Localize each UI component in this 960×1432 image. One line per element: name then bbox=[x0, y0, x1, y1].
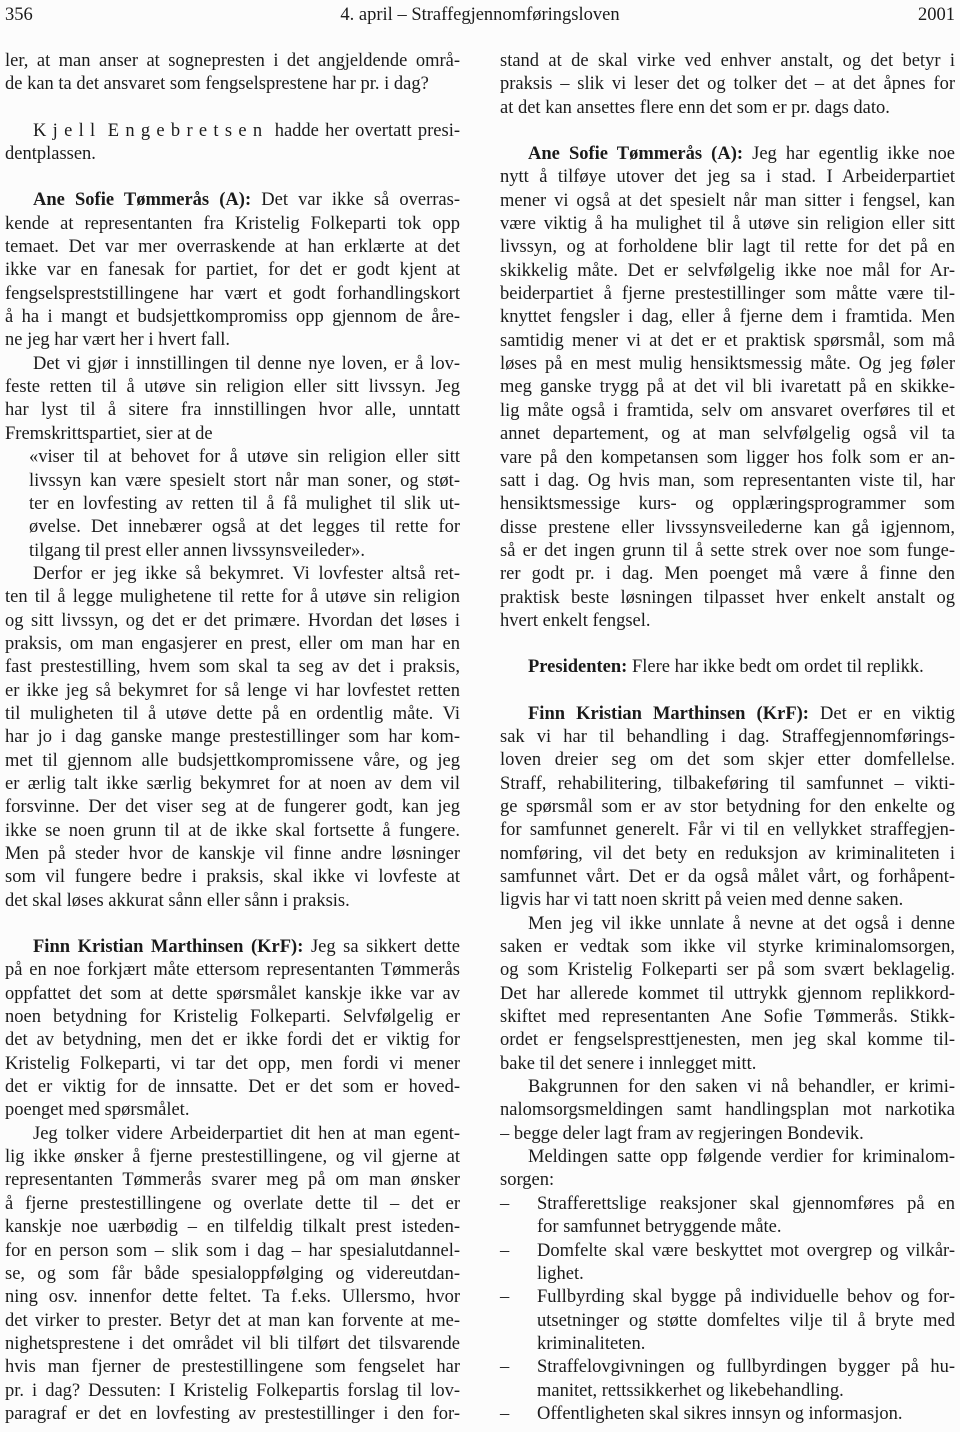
text-line: representanten Tømmerås svarer meg på om… bbox=[5, 1169, 460, 1192]
paragraph: Jeg tolker videre Arbeiderpartiet dit he… bbox=[5, 1123, 460, 1426]
text-line: det virker to prester. Betyr det at man … bbox=[5, 1310, 460, 1333]
text-line: Bakgrunnen for den saken vi nå behandler… bbox=[500, 1076, 955, 1099]
text-line: har jo i dag ganske mange prestestilling… bbox=[5, 726, 460, 749]
text-line: Finn Kristian Marthinsen (KrF): Det er e… bbox=[500, 703, 955, 726]
text-line: tilgang til prest eller annen livssynsve… bbox=[29, 540, 460, 563]
text-line: å ha i mangt et budsjettkompromiss opp g… bbox=[5, 306, 460, 329]
text-line: kende at representanten fra Kristelig Fo… bbox=[5, 213, 460, 236]
text-line: og sitt livssyn, og det er det primære. … bbox=[5, 610, 460, 633]
text-line: dentplassen. bbox=[5, 143, 460, 166]
speech-block: Ane Sofie Tømmerås (A): Jeg har egentlig… bbox=[500, 143, 955, 633]
text-line: – begge deler lagt fram av regjeringen B… bbox=[500, 1123, 955, 1146]
text-line: fengselspreststillingene har vært et god… bbox=[5, 283, 460, 306]
text-line: Straffelovgivningen og fullbyrdingen byg… bbox=[537, 1356, 955, 1379]
text-line: ligvis har vi tatt noen skritt på veien … bbox=[500, 889, 955, 912]
text-line: sorgen: bbox=[500, 1169, 955, 1192]
text-line: det skal løses akkurat sånn eller sånn i… bbox=[5, 890, 460, 913]
speaker-name: Presidenten: bbox=[528, 657, 627, 677]
text-line: nomføring, vil det bety en reduksjon av … bbox=[500, 843, 955, 866]
text-line: Jeg tolker videre Arbeiderpartiet dit he… bbox=[5, 1123, 460, 1146]
text-line: er ikke jeg så bekymret for så lenge vi … bbox=[5, 680, 460, 703]
dash-marker: – bbox=[500, 1403, 537, 1426]
text-line: vare på den kompetansen som ligger hos f… bbox=[500, 447, 955, 470]
list-item-text: Strafferettslige reaksjoner skal gjennom… bbox=[537, 1193, 955, 1240]
text-line: nalomsorgsmeldingen samt handlingsplan m… bbox=[500, 1099, 955, 1122]
text-line: at det kan ansettes flere enn det som er… bbox=[500, 97, 955, 120]
text-line: skikkelig måte. Det er selvfølgelig ikke… bbox=[500, 260, 955, 283]
text-line: ne jeg har vært her i hvert fall. bbox=[5, 329, 460, 352]
text-line: Finn Kristian Marthinsen (KrF): Jeg sa s… bbox=[5, 936, 460, 959]
text-line: Fullbyrding skal bygge på individuelle b… bbox=[537, 1286, 955, 1309]
text-line: til muligheten til å utøve dette på en o… bbox=[5, 703, 460, 726]
text-line: feste retten til å utøve sin religion el… bbox=[5, 376, 460, 399]
paragraph: Men jeg vil ikke unnlate å nevne at det … bbox=[500, 913, 955, 1076]
dash-marker: – bbox=[500, 1240, 537, 1287]
text-line: nighetsprestene i det området vil bli ti… bbox=[5, 1333, 460, 1356]
text-line: hvert enkelt fengsel. bbox=[500, 610, 955, 633]
text-line: Kristelig Folkeparti, vi tar det opp, me… bbox=[5, 1053, 460, 1076]
text-line: noen betydning for Kristelig Folkeparti.… bbox=[5, 1006, 460, 1029]
stage-direction: K j e l l E n g e b r e t s e n hadde he… bbox=[5, 120, 460, 167]
values-list: –Strafferettslige reaksjoner skal gjenno… bbox=[500, 1193, 955, 1426]
text-line: være viktig å ha mulighet til å utøve si… bbox=[500, 213, 955, 236]
list-item: –Straffelovgivningen og fullbyrdingen by… bbox=[500, 1356, 955, 1403]
text-line: nytt å tilføye utover det jeg sa i stad.… bbox=[500, 166, 955, 189]
text-line: ikke se noen grunn til at de ikke skal f… bbox=[5, 820, 460, 843]
speaker-name: Ane Sofie Tømmerås (A): bbox=[528, 144, 743, 164]
text-line: har lyst til å sitere fra innstillingen … bbox=[5, 399, 460, 422]
text-line: fast prestestilling, hvem som skal ta se… bbox=[5, 656, 460, 679]
text-line: Meldingen satte opp følgende verdier for… bbox=[500, 1146, 955, 1169]
text-line: løses på en mest mulig hensiktsmessig må… bbox=[500, 353, 955, 376]
speaker-name: Ane Sofie Tømmerås (A): bbox=[33, 190, 251, 210]
right-column: stand at de skal virke ved enhver anstal… bbox=[500, 50, 955, 1426]
text-line: ten til å legge mulighetene til rette fo… bbox=[5, 586, 460, 609]
text-line: skiftet med representanten Ane Sofie Tøm… bbox=[500, 1006, 955, 1029]
text-line: Offentligheten skal sikres innsyn og inf… bbox=[537, 1403, 955, 1426]
dash-marker: – bbox=[500, 1356, 537, 1403]
text-line: meg ganske trygg på at det vil bli ivare… bbox=[500, 376, 955, 399]
text-line: poenget med spørsmålet. bbox=[5, 1099, 460, 1122]
text-line: Straff, rehabilitering, tilbakeføring ti… bbox=[500, 773, 955, 796]
text-line: kriminaliteten. bbox=[537, 1333, 955, 1356]
text-line: Men på steder hvor de kanskje vil finne … bbox=[5, 843, 460, 866]
text-line: praksis, om man engasjerer en prest, ell… bbox=[5, 633, 460, 656]
document-page: 356 4. april – Straffegjennomføringslove… bbox=[0, 0, 960, 1432]
text-line: er ærlig talt ikke særlig bekymret for a… bbox=[5, 773, 460, 796]
speech-block: Finn Kristian Marthinsen (KrF): Det er e… bbox=[500, 703, 955, 913]
list-item: –Offentligheten skal sikres innsyn og in… bbox=[500, 1403, 955, 1426]
text-line: se, og som får både spesialoppfølging og… bbox=[5, 1263, 460, 1286]
text-line: øvelse. Det innebærer også at det legges… bbox=[29, 516, 460, 539]
text-line: Fremskrittspartiet, sier at de bbox=[5, 423, 460, 446]
paragraph: Meldingen satte opp følgende verdier for… bbox=[500, 1146, 955, 1193]
text-line: praksis – slik vi leser det og tolker de… bbox=[500, 73, 955, 96]
text-line: temaet. Det var mer overraskende at han … bbox=[5, 236, 460, 259]
text-line: hensiktsmessige kurs- og opplæringsprogr… bbox=[500, 493, 955, 516]
text-line: Ane Sofie Tømmerås (A): Jeg har egentlig… bbox=[500, 143, 955, 166]
text-line: det av betydning, men det er ikke fordi … bbox=[5, 1029, 460, 1052]
text-line: sak vi har til behandling i dag. Straffe… bbox=[500, 726, 955, 749]
text-line: stand at de skal virke ved enhver anstal… bbox=[500, 50, 955, 73]
text-line: utsetninger og støtte domfeltes vilje ti… bbox=[537, 1310, 955, 1333]
text-line: ter en lovfesting av retten til å få mul… bbox=[29, 493, 460, 516]
text-line: livssyn, og at forholdene blir lagt til … bbox=[500, 236, 955, 259]
text-line: for samfunnet betryggende måte. bbox=[537, 1216, 955, 1239]
text-line: det er viktig for de innsatte. Det er de… bbox=[5, 1076, 460, 1099]
text-line: lig måte også i framtida, selv om ansvar… bbox=[500, 400, 955, 423]
text-line: Det har allerede kommet til uttrykk gjen… bbox=[500, 983, 955, 1006]
text-line: oppfattet det som at dette spørsmålet ka… bbox=[5, 983, 460, 1006]
paragraph: stand at de skal virke ved enhver anstal… bbox=[500, 50, 955, 120]
text-line: K j e l l E n g e b r e t s e n hadde he… bbox=[5, 120, 460, 143]
text-line: rer godt pr. i dag. Men poenget må være … bbox=[500, 563, 955, 586]
text-line: som vil fungere bedre i praksis, skal ik… bbox=[5, 866, 460, 889]
text-line: ikke var en fanesak for partiet, for det… bbox=[5, 259, 460, 282]
text-line: lig ikke ønsker å fjerne prestestillinge… bbox=[5, 1146, 460, 1169]
dash-marker: – bbox=[500, 1193, 537, 1240]
text-line: samfunnet vårt. Det er da også målet vår… bbox=[500, 866, 955, 889]
text-line: for samfunnet generelt. Får vi til en ve… bbox=[500, 819, 955, 842]
header-year: 2001 bbox=[918, 4, 955, 26]
text-line: livssyn kan være spesielt stort når man … bbox=[29, 470, 460, 493]
text-line: Det vi gjør i innstillingen til denne ny… bbox=[5, 353, 460, 376]
header-title: 4. april – Straffegjennomføringsloven bbox=[0, 4, 960, 26]
text-line: Men jeg vil ikke unnlate å nevne at det … bbox=[500, 913, 955, 936]
list-item: –Fullbyrding skal bygge på individuelle … bbox=[500, 1286, 955, 1356]
text-line: lighet. bbox=[537, 1263, 955, 1286]
quote-block: «viser til at behovet for å utøve sin re… bbox=[5, 446, 460, 563]
list-item-text: Straffelovgivningen og fullbyrdingen byg… bbox=[537, 1356, 955, 1403]
text-line: hvis man fjerner de prestestillingene so… bbox=[5, 1356, 460, 1379]
text-line: de kan ta det ansvaret som fengselsprest… bbox=[5, 73, 460, 96]
text-line: og som Kristelig Folkeparti ser på som s… bbox=[500, 959, 955, 982]
page-header: 356 4. april – Straffegjennomføringslove… bbox=[0, 0, 960, 28]
text-line: bake til det senere i innlegget mitt. bbox=[500, 1053, 955, 1076]
text-line: forsvinne. Der det viser seg at de funge… bbox=[5, 796, 460, 819]
text-line: loven dreier seg om det som skjer etter … bbox=[500, 749, 955, 772]
text-line: så er det ingen grunn til å sette strek … bbox=[500, 540, 955, 563]
text-line: å fjerne prestestillingene og overlate d… bbox=[5, 1193, 460, 1216]
text-line: ler, at man anser at sognepresten i det … bbox=[5, 50, 460, 73]
text-line: for en person som – slik som i dag – har… bbox=[5, 1240, 460, 1263]
text-columns: ler, at man anser at sognepresten i det … bbox=[5, 50, 955, 1426]
text-line: ordet er fengselspresttjenesten, men jeg… bbox=[500, 1029, 955, 1052]
text-line: satt i dag. Og hvis man, som representan… bbox=[500, 470, 955, 493]
list-item-text: Offentligheten skal sikres innsyn og inf… bbox=[537, 1403, 955, 1426]
left-column: ler, at man anser at sognepresten i det … bbox=[5, 50, 460, 1426]
paragraph: Det vi gjør i innstillingen til denne ny… bbox=[5, 353, 460, 446]
list-item: –Strafferettslige reaksjoner skal gjenno… bbox=[500, 1193, 955, 1240]
text-line: Strafferettslige reaksjoner skal gjennom… bbox=[537, 1193, 955, 1216]
list-item-text: Fullbyrding skal bygge på individuelle b… bbox=[537, 1286, 955, 1356]
text-line: paragraf er det en lovfesting av prestes… bbox=[5, 1403, 460, 1426]
text-line: Domfelte skal være beskyttet mot overgre… bbox=[537, 1240, 955, 1263]
speech-block: Finn Kristian Marthinsen (KrF): Jeg sa s… bbox=[5, 936, 460, 1123]
list-item-text: Domfelte skal være beskyttet mot overgre… bbox=[537, 1240, 955, 1287]
text-line: disse prestene eller livssynsveilederne … bbox=[500, 517, 955, 540]
text-line: ge spørsmål som er av stor betydning for… bbox=[500, 796, 955, 819]
text-line: ning osv. innenfor dette feltet. Ta f.ek… bbox=[5, 1286, 460, 1309]
speech-block: Ane Sofie Tømmerås (A): Det var ikke så … bbox=[5, 189, 460, 352]
dash-marker: – bbox=[500, 1286, 537, 1356]
text-line: praktisk beste løsningen tilpasset hver … bbox=[500, 587, 955, 610]
text-line: mener vi også at det spesielt når man si… bbox=[500, 190, 955, 213]
text-line: pr. i dag? Dessuten: I Kristelig Folkepa… bbox=[5, 1380, 460, 1403]
text-line: knyttet fengsler i dag, eller å fjerne d… bbox=[500, 306, 955, 329]
text-line: samtidig mener vi at det er et praktisk … bbox=[500, 330, 955, 353]
text-line: «viser til at behovet for å utøve sin re… bbox=[29, 446, 460, 469]
list-item: –Domfelte skal være beskyttet mot overgr… bbox=[500, 1240, 955, 1287]
text-line: beiderpartiet å fjerne prestestillinger … bbox=[500, 283, 955, 306]
speech-block: Presidenten: Flere har ikke bedt om orde… bbox=[500, 656, 955, 679]
paragraph: Bakgrunnen for den saken vi nå behandler… bbox=[500, 1076, 955, 1146]
speaker-name: Finn Kristian Marthinsen (KrF): bbox=[528, 704, 809, 724]
text-line: Derfor er jeg ikke så bekymret. Vi lovfe… bbox=[5, 563, 460, 586]
text-line: Presidenten: Flere har ikke bedt om orde… bbox=[500, 656, 955, 679]
paragraph: ler, at man anser at sognepresten i det … bbox=[5, 50, 460, 97]
text-line: annet departement, og at man selvfølgeli… bbox=[500, 423, 955, 446]
text-line: Ane Sofie Tømmerås (A): Det var ikke så … bbox=[5, 189, 460, 212]
text-line: saken er vedtak som ikke vil styrke krim… bbox=[500, 936, 955, 959]
text-line: kanskje noe uærbødig – en tilfeldig tilk… bbox=[5, 1216, 460, 1239]
speaker-name: Finn Kristian Marthinsen (KrF): bbox=[33, 937, 303, 957]
text-line: manitet, rettssikkerhet og likebehandlin… bbox=[537, 1380, 955, 1403]
paragraph: Derfor er jeg ikke så bekymret. Vi lovfe… bbox=[5, 563, 460, 913]
text-line: met til gjennom alle budsjettkompromisse… bbox=[5, 750, 460, 773]
text-line: på en noe forkjært måte ettersom represe… bbox=[5, 959, 460, 982]
